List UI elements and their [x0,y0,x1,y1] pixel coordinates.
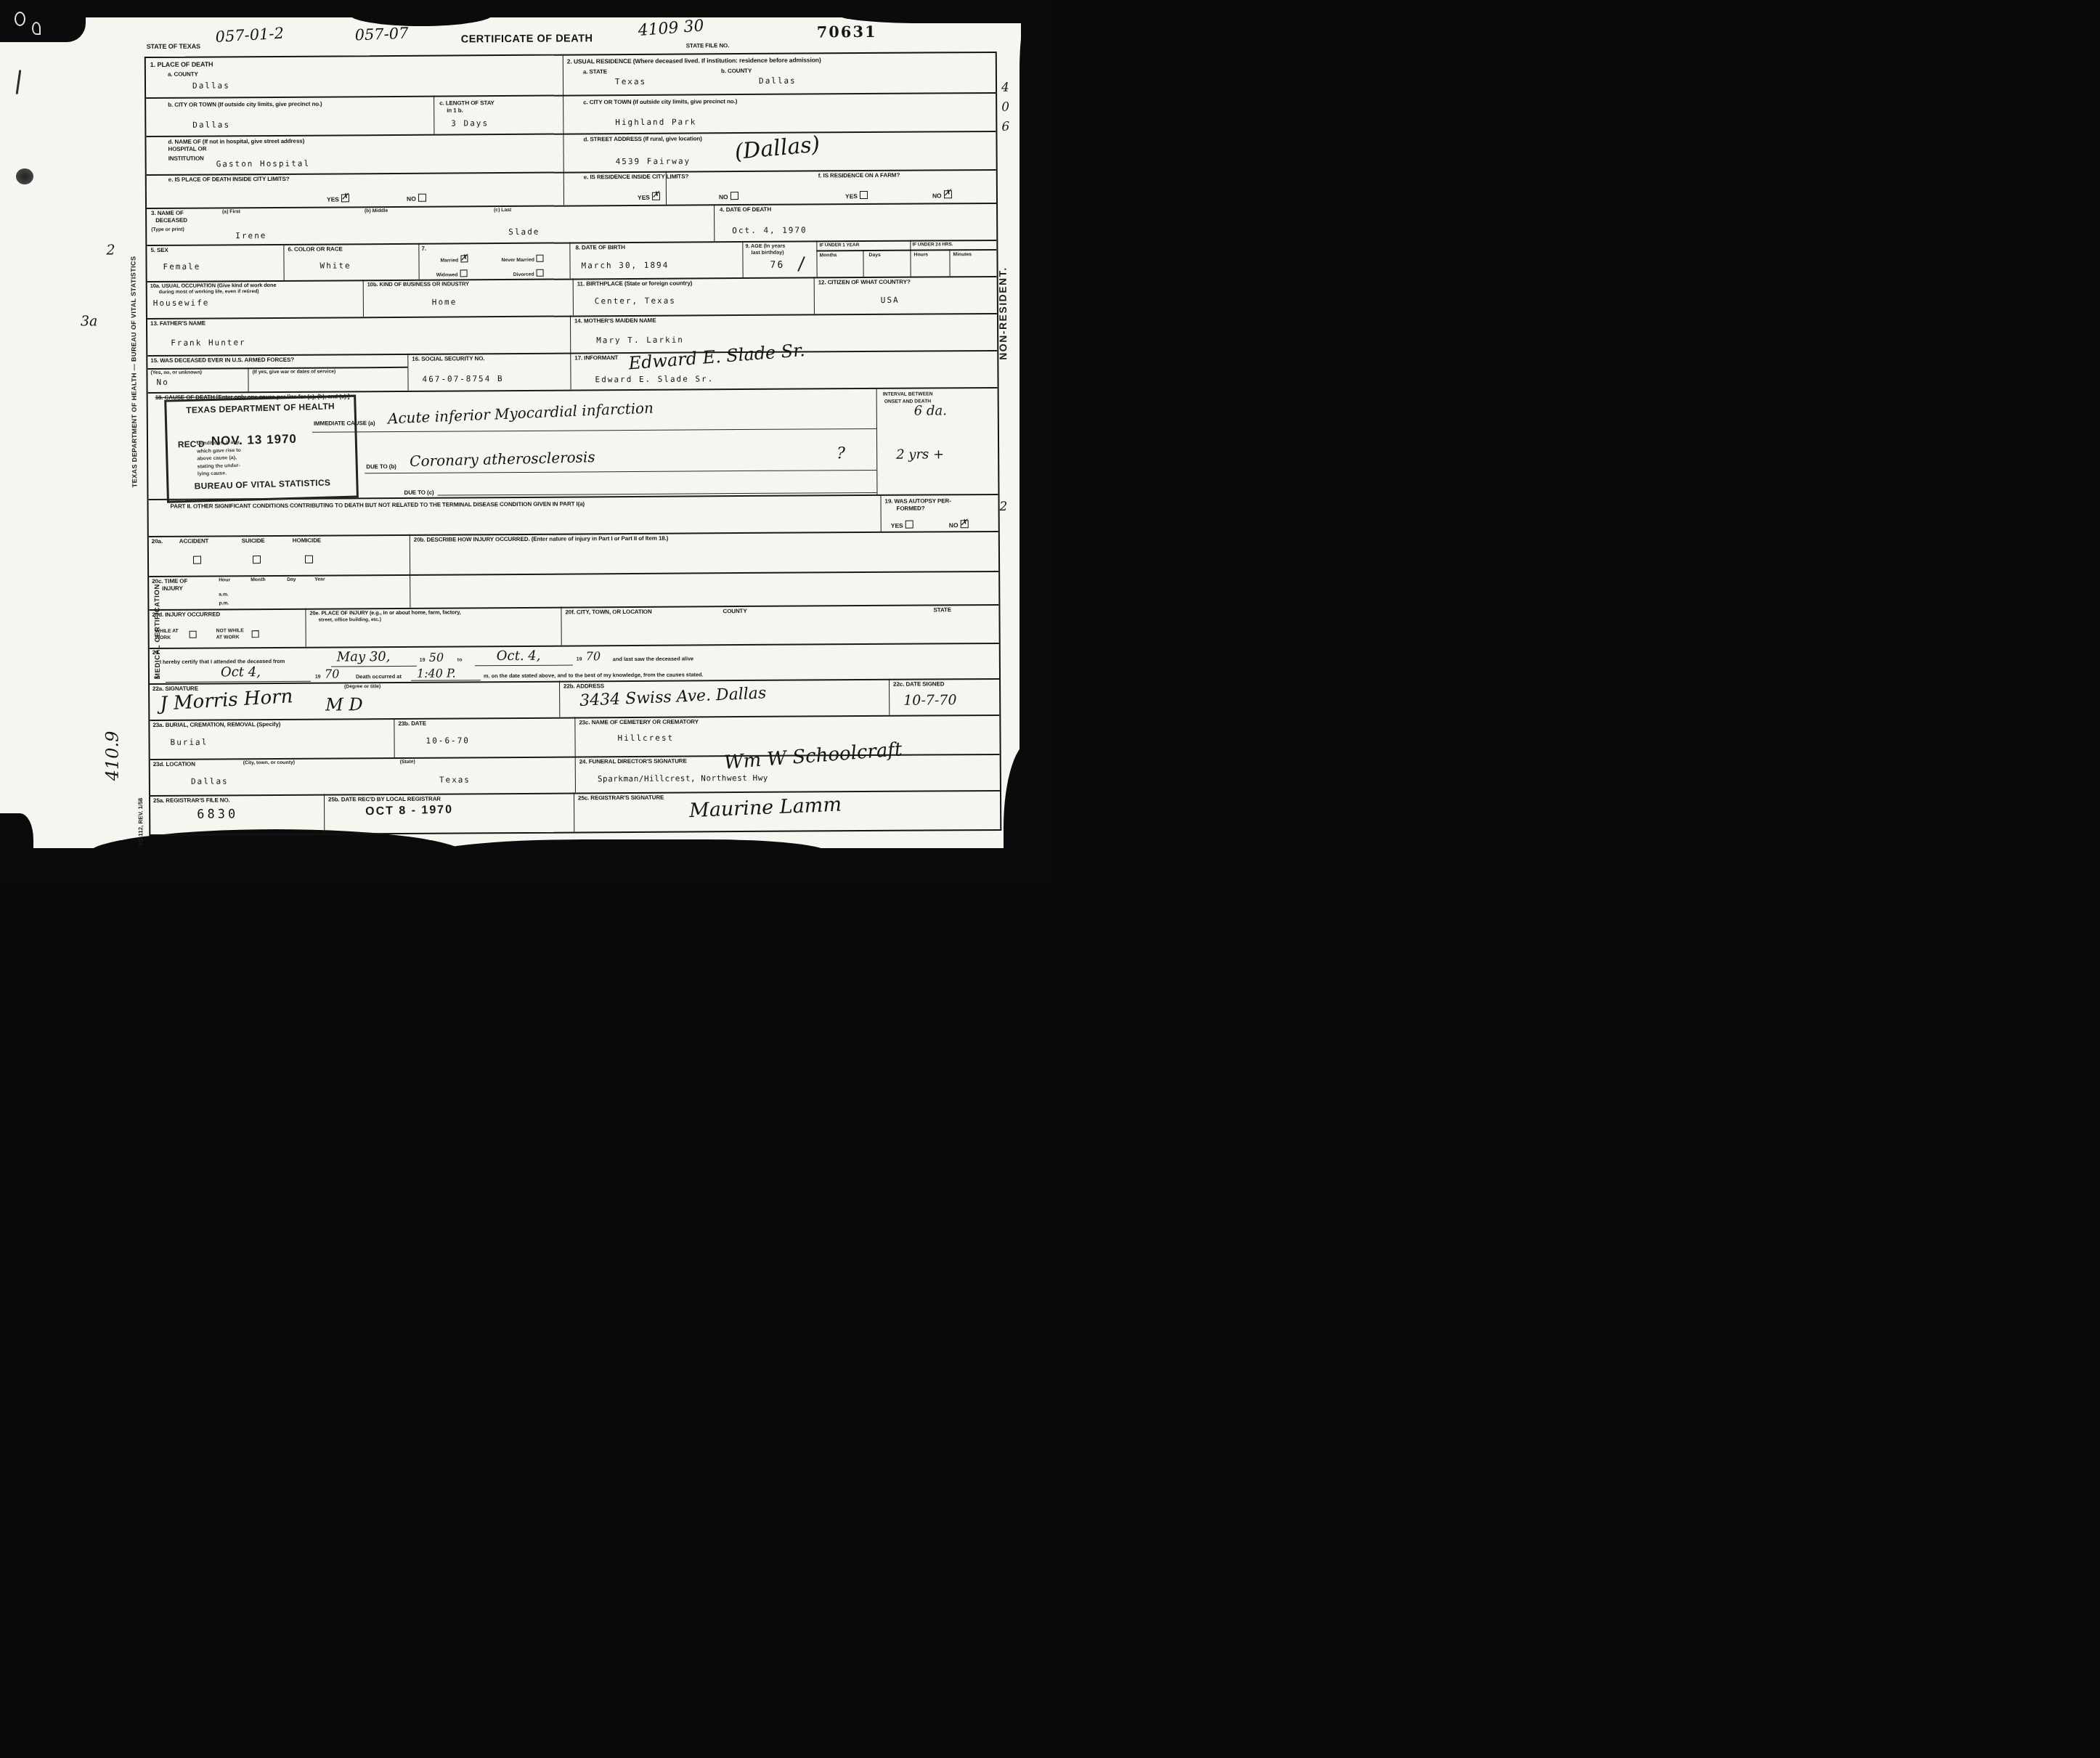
hours-label: Hours [913,252,928,258]
state-file-no-label: STATE FILE NO. [686,42,730,49]
checkbox-checked: ✗ [944,190,952,198]
place-of-injury-label1: 20e. PLACE OF INJURY (e.g., in or about … [309,609,460,616]
certificate-title: CERTIFICATE OF DEATH [461,33,593,46]
last-seen-date: Oct 4, [221,664,261,680]
grid-line [149,571,998,577]
place-of-death-title: 1. PLACE OF DEATH [150,60,213,68]
days-label: Days [868,253,880,259]
cemetery-name-label: 23c. NAME OF CEMETERY OR CREMATORY [579,718,699,725]
year-label: Year [314,577,325,583]
last-name-label: (c) Last [494,208,511,213]
due-to-b-interval: 2 yrs + [896,447,944,462]
mothers-maiden-name-label: 14. MOTHER'S MAIDEN NAME [574,317,656,325]
grid-line [394,718,395,757]
cemetery-name-value: Hillcrest [617,733,674,743]
due-to-b-label: DUE TO (b) [366,463,396,470]
immediate-cause-value: Acute inferior Myocardial infarction [387,399,654,427]
received-stamp: TEXAS DEPARTMENT OF HEALTH REC'D NOV. 13… [164,395,359,503]
citizen-country-value: USA [881,296,900,305]
accident-label: ACCIDENT [179,538,209,545]
checkbox-checked: ✗ [652,192,660,200]
yes-label: YES [891,522,903,529]
grid-line [305,609,306,647]
autopsy-no: NO✗ [949,518,969,531]
name-of-deceased-label1: 3. NAME OF [151,210,184,216]
marital-divorced: Divorced [513,266,544,280]
write-line [475,664,573,666]
no-label: NO [407,195,416,203]
item-21-label: 21. [152,649,160,656]
length-of-stay-value: 3 Days [451,118,489,128]
hospital-name-label: d. NAME OF (If not in hospital, give str… [168,138,304,145]
residence-city-label: c. CITY OR TOWN (If outside city limits,… [583,98,737,105]
age-value: 76 [770,260,784,271]
grid-line [150,643,999,649]
checkbox-empty [537,269,544,277]
no-label: NO [719,193,728,200]
certify-19a: 19 [420,658,426,664]
margin-note-410-9: 410.9 [102,731,122,781]
while-at-work-checkbox [190,631,197,638]
date-signed-label: 22c. DATE SIGNED [893,680,944,688]
checkbox-empty [730,192,738,200]
mothers-maiden-name-value: Mary T. Larkin [596,335,684,346]
hospital-name-label2: HOSPITAL OR [168,146,207,153]
grid-line [146,92,996,99]
grid-line [559,681,561,717]
form-text-under-stamp: Conditions, if any,which gave rise toabo… [197,439,242,479]
registrar-signature-value: Maurine Lamm [689,794,842,823]
first-name-label: (a) First [222,209,240,215]
checkbox-empty [418,194,426,202]
interval-header1: INTERVAL BETWEEN [883,391,933,397]
death-inside-city-limits-yes: YES✗ [327,192,349,205]
marital-widowed: Widowed [436,266,468,280]
suicide-checkbox [253,556,261,563]
not-while-at-work-label1: NOT WHILE [216,628,244,634]
last-seen-year: 70 [325,667,339,680]
informant-signature: Edward E. Slade Sr. [628,340,806,373]
street-address-label: d. STREET ADDRESS (If rural, give locati… [583,135,701,142]
residence-on-farm-yes: YES [845,189,868,202]
while-at-work-label1: WHILE AT [155,629,179,635]
left-margin-form-number: VS-112, REV. 1/58 [137,798,144,846]
injury-state-label: STATE [933,606,951,613]
registrar-file-no-label: 25a. REGISTRAR'S FILE NO. [153,797,230,804]
checkbox-checked: ✗ [460,255,468,262]
not-while-at-work-label2: AT WORK [216,635,240,640]
grid-line [816,249,996,251]
due-to-b-query: ? [837,444,845,463]
burial-date-label: 23b. DATE [398,720,426,727]
color-race-label: 6. COLOR OR RACE [288,245,342,253]
grid-line [324,794,325,834]
social-security-label: 16. SOCIAL SECURITY NO. [412,355,484,362]
grid-line [147,240,996,246]
grid-line [863,250,864,277]
write-line [365,470,876,473]
left-margin-agency-text: TEXAS DEPARTMENT OF HEALTH — BUREAU OF V… [129,256,138,488]
certify-19b: 19 [577,656,582,662]
date-recd-stamp: OCT 8 - 1970 [365,803,453,818]
suicide-label: SUICIDE [242,537,265,544]
margin-note-406: 4 0 6 [1001,78,1009,138]
grid-line [563,56,565,205]
death-inside-city-limits-label: e. IS PLACE OF DEATH INSIDE CITY LIMITS? [168,176,290,183]
date-of-death-value: Oct. 4, 1970 [732,225,807,235]
checkbox-empty [460,269,467,277]
immediate-cause-interval: 6 da. [914,403,947,418]
grid-line [574,717,576,792]
fathers-name-value: Frank Hunter [171,338,246,348]
date-of-birth-label: 8. DATE OF BIRTH [575,244,625,251]
attended-to-date: Oct. 4, [497,648,541,664]
date-recd-label: 25b. DATE REC'D BY LOCAL REGISTRAR [328,796,441,803]
social-security-value: 467-07-8754 B [422,374,503,384]
autopsy-label2: FORMED? [897,505,925,512]
registrar-file-no-value: 6830 [197,807,238,821]
stamp-line3: BUREAU OF VITAL STATISTICS [168,477,356,492]
occupation-label2: during most of working life, even if ret… [159,289,259,296]
header-handwritten-057-01-2: 057-01-2 [215,24,285,45]
grid-line [880,495,882,532]
residence-state-value: Texas [615,77,646,86]
residence-inside-city-limits-label: e. IS RESIDENCE INSIDE CITY LIMITS? [584,173,688,180]
grid-line [410,534,411,608]
attended-from-date: May 30, [337,649,391,664]
while-at-work-label2: WORK [155,635,171,641]
grid-line [148,387,998,394]
first-name-value: Irene [235,231,266,240]
header-handwritten-057-07: 057-07 [354,25,409,44]
marital-never-married: Never Married [501,252,543,265]
divorced-label: Divorced [513,272,534,277]
certify-text-6: m. on the date stated above, and to the … [484,672,704,679]
certificate-form: 1. PLACE OF DEATH a. COUNTY Dallas b. CI… [145,52,1002,836]
burial-location-sub1: (City, town, or county) [243,760,295,766]
grid-line [574,792,575,831]
grid-line [814,277,815,314]
no-label: NO [932,192,942,199]
handwritten-tick [797,256,805,272]
item-20a-label: 20a. [152,538,163,545]
residence-county-value: Dallas [759,76,797,86]
stamp-line1: TEXAS DEPARTMENT OF HEALTH [166,401,354,416]
margin-note-3a: 3a [81,313,98,329]
county-label: a. COUNTY [168,71,198,78]
certificate-number: 70631 [817,23,877,41]
never-married-label: Never Married [501,258,534,263]
citizen-country-label: 12. CITIZEN OF WHAT COUNTRY? [818,279,911,286]
header-handwritten-file-number: 4109 30 [638,17,705,40]
burial-location-label: 23d. LOCATION [153,761,195,768]
birthplace-label: 11. BIRTHPLACE (State or foreign country… [577,280,693,287]
if-under-24-hrs-label: IF UNDER 24 HRS. [912,242,953,248]
funeral-director-signature: Wm W Schoolcraft [723,738,903,774]
business-industry-value: Home [432,297,457,306]
certify-text-3: and last saw the deceased alive [613,656,693,662]
fathers-name-label: 13. FATHER'S NAME [150,320,205,327]
armed-forces-sub2: (If yes, give war or dates of service) [252,369,335,375]
usual-residence-title: 2. USUAL RESIDENCE (Where deceased lived… [567,57,821,65]
certify-to: to [457,657,462,663]
grid-line [363,280,365,317]
yes-label: YES [845,192,858,200]
registrar-signature-label: 25c. REGISTRAR'S SIGNATURE [578,794,664,802]
business-industry-label: 10b. KIND OF BUSINESS OR INDUSTRY [367,281,469,288]
street-address-handwritten-dallas: (Dallas) [733,131,821,165]
checkbox-empty [905,521,913,529]
header-state-label: STATE OF TEXAS [147,43,200,51]
immediate-cause-label: IMMEDIATE CAUSE (a) [314,420,375,427]
hospital-name-value: Gaston Hospital [216,159,310,169]
injury-occurred-label: 20d. INJURY OCCURRED [152,611,220,618]
minutes-label: Minutes [953,252,972,258]
due-to-c-label: DUE TO (c) [404,489,434,496]
grid-line [570,315,571,389]
marital-married: Married✗ [440,252,468,265]
grid-line [910,240,911,277]
day-label: Day [287,577,296,583]
describe-injury-label: 20b. DESCRIBE HOW INJURY OCCURRED. (Ente… [414,535,668,543]
grid-line [714,204,715,241]
margin-flourish: 2 [1000,500,1008,514]
place-of-injury-label2: street, office building, etc.) [318,617,381,623]
time-of-death: 1:40 P. [417,666,456,680]
city-town-label: b. CITY OR TOWN (If outside city limits,… [168,101,322,108]
grid-line [146,131,996,137]
county-value: Dallas [192,81,230,90]
death-inside-city-limits-no: NO [407,192,426,205]
grid-line [248,367,249,391]
part-ii-label: PART II. OTHER SIGNIFICANT CONDITIONS CO… [171,499,871,510]
scanned-death-certificate: TEXAS DEPARTMENT OF HEALTH — BUREAU OF V… [0,0,1050,879]
name-of-deceased-label2: DECEASED [155,217,187,224]
write-line [331,666,417,667]
residence-on-farm-label: f. IS RESIDENCE ON A FARM? [818,172,900,179]
occupation-value: Housewife [153,298,210,308]
burial-location-state: Texas [439,775,471,784]
armed-forces-sub1: (Yes, no, or unknown) [150,370,202,376]
length-of-stay-label2: in 1 b. [447,107,463,113]
checkbox-empty [537,255,544,262]
residence-on-farm-no: NO✗ [932,188,952,201]
grid-line [742,241,744,277]
attended-from-year: 50 [429,651,444,664]
last-name-value: Slade [508,227,540,237]
armed-forces-value: No [156,378,168,387]
am-label: a.m. [219,592,229,598]
time-of-injury-label2: INJURY [162,585,183,592]
grid-line [147,203,996,209]
informant-typed: Edward E. Slade Sr. [595,374,714,384]
sex-label: 5. SEX [150,247,168,253]
date-of-death-label: 4. DATE OF DEATH [720,206,771,213]
name-of-deceased-label3: (Type or print) [151,227,184,233]
length-of-stay-label: c. LENGTH OF STAY [439,99,495,107]
injury-county-label: COUNTY [723,608,746,614]
residence-city-value: Highland Park [615,117,696,127]
months-label: Months [819,253,837,259]
autopsy-label1: 19. WAS AUTOPSY PER- [885,497,951,505]
burial-location-sub2: (State) [400,760,415,765]
grid-line [876,388,878,495]
if-under-1-year-label: IF UNDER 1 YEAR [819,243,859,248]
yes-label: YES [638,194,650,201]
grid-line [407,354,409,391]
yes-label: YES [327,195,339,203]
married-label: Married [440,258,458,263]
date-of-birth-value: March 30, 1894 [582,261,670,271]
physician-address-value: 3434 Swiss Ave. Dallas [579,684,767,710]
grid-line [569,242,571,278]
informant-label: 17. INFORMANT [574,354,618,362]
death-occurred-at-text: Death occurred at [356,674,402,680]
time-of-injury-label1: 20c. TIME OF [152,578,187,585]
degree-value: M D [325,694,363,715]
burial-date-value: 10-6-70 [426,736,469,745]
funeral-home-typed: Sparkman/Hillcrest, Northwest Hwy [598,773,768,784]
hospital-name-label3: INSTITUTION [168,155,204,162]
grid-line [573,278,574,315]
injury-city-label: 20f. CITY, TOWN, OR LOCATION [565,609,651,616]
checkbox-checked: ✗ [960,520,968,528]
homicide-label: HOMICIDE [293,537,321,544]
grid-line [283,244,285,280]
accident-checkbox [193,556,201,564]
checkbox-empty [860,191,868,199]
attended-to-year: 70 [586,649,601,663]
residence-inside-city-limits-yes: YES✗ [638,190,660,203]
occupation-label1: 10a. USUAL OCCUPATION (Give kind of work… [150,282,277,290]
armed-forces-label: 15. WAS DECEASED EVER IN U.S. ARMED FORC… [150,357,294,364]
autopsy-yes: YES [891,518,913,532]
sex-value: Female [163,262,201,272]
residence-inside-city-limits-no: NO [719,190,738,203]
widowed-label: Widowed [436,272,458,277]
not-while-at-work-checkbox [252,630,259,638]
funeral-director-label: 24. FUNERAL DIRECTOR'S SIGNATURE [579,758,687,765]
physician-address-label: 22b. ADDRESS [563,683,604,690]
marital-status-label: 7. [421,245,426,252]
due-to-b-value: Coronary atherosclerosis [410,448,595,470]
hour-label: Hour [219,577,230,583]
homicide-checkbox [305,556,313,563]
street-address-value: 4539 Fairway [616,156,691,166]
age-label2: last birthday) [751,250,784,256]
certify-19c: 19 [315,675,321,680]
residence-county-label: b. COUNTY [721,68,752,74]
no-label: NO [949,521,959,529]
checkbox-checked: ✗ [341,194,349,202]
write-line [312,428,876,433]
date-signed-value: 10-7-70 [903,692,956,708]
burial-location-city: Dallas [191,776,229,786]
burial-type-label: 23a. BURIAL, CREMATION, REMOVAL (Specify… [152,721,280,728]
city-town-value: Dallas [192,120,230,129]
month-label: Month [251,577,265,583]
grid-line [889,679,890,715]
grid-line [147,350,997,357]
grid-line [949,249,951,276]
birthplace-value: Center, Texas [595,296,676,306]
grid-line [418,243,420,280]
residence-state-label: a. STATE [583,68,607,75]
pm-label: p.m. [219,601,229,606]
middle-name-label: (b) Middle [365,208,388,214]
degree-title-label: (Degree or title) [344,684,380,690]
certify-on: on [154,675,160,681]
grid-line [561,607,562,646]
grid-line [816,240,818,277]
color-race-value: White [320,261,351,270]
margin-note-2: 2 [106,242,115,258]
burial-type-value: Burial [171,738,208,747]
grid-line [434,96,435,134]
